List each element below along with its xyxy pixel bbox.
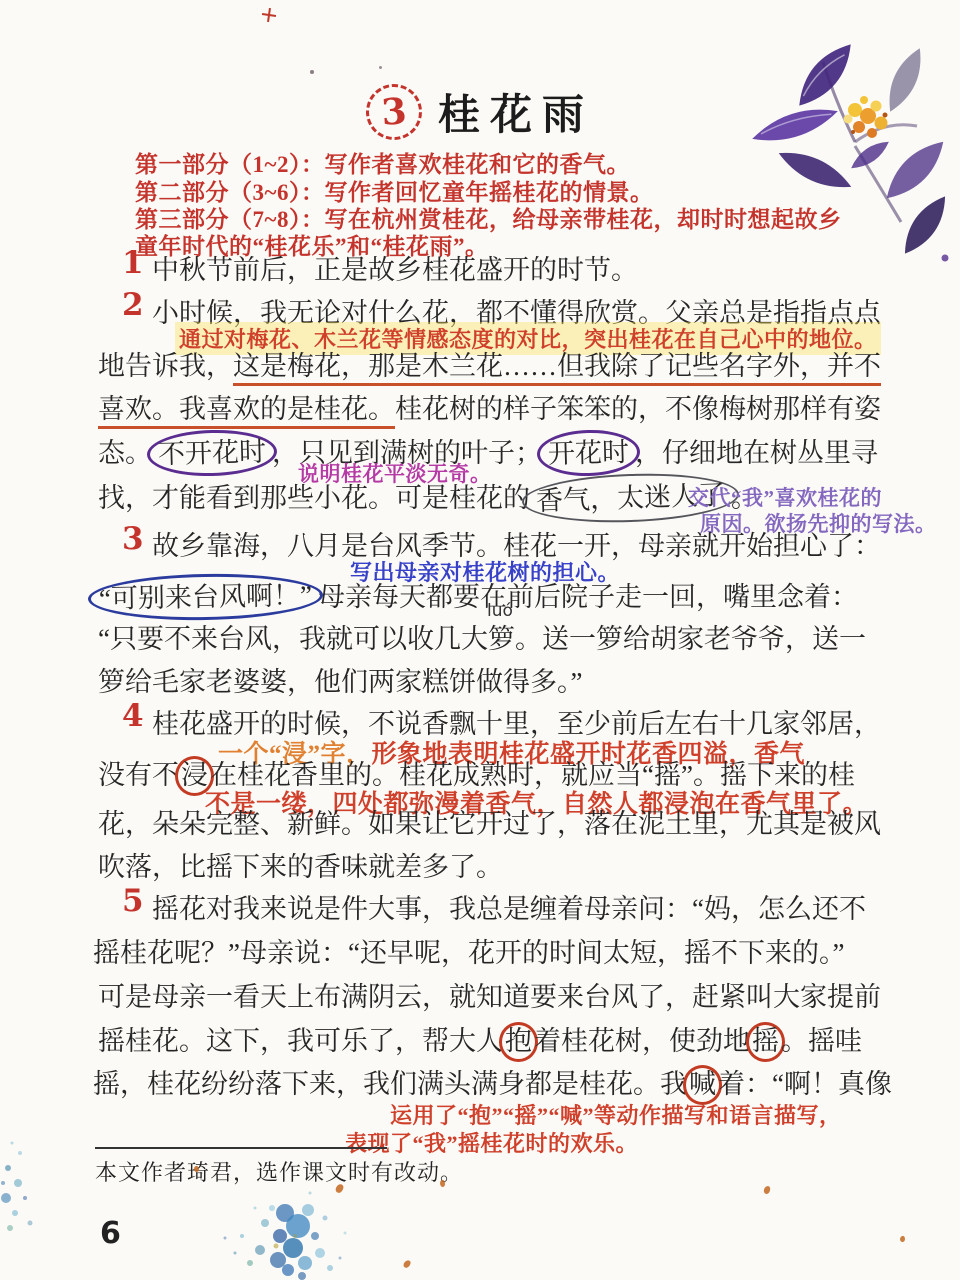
circled-word: 开花时	[536, 429, 640, 478]
text-line: 花，朵朵完整、新鲜。如果让它开过了，落在泥土里，尤其是被风	[98, 806, 881, 842]
paragraph-3-number: 3	[122, 524, 144, 555]
text-segment: 着桂花树，使劲地	[534, 1026, 750, 1056]
textbook-page: 3 桂花雨 第一部分（1~2）：写作者喜欢桂花和它的香气。 第二部分（3~6）：…	[0, 0, 960, 1280]
ink-splash-left	[0, 1128, 55, 1243]
text-segment: 摇，桂花纷纷落下来，我们满头满身都是桂花。我	[93, 1069, 687, 1099]
text-line: 吹落，比摇下来的香味就差多了。	[98, 849, 503, 885]
text-segment: 。摇哇	[781, 1026, 862, 1056]
text-line: 中秋节前后，正是故乡桂花盛开的时节。	[152, 252, 638, 288]
text-line: “只要不来台风，我就可以收几大箩。送一箩给胡家老爷爷，送一	[98, 621, 866, 657]
circled-character: 抱	[499, 1022, 538, 1062]
ink-speck	[763, 1186, 770, 1195]
text-line: 地告诉我，这是梅花，那是木兰花……但我除了记些名字外，并不	[98, 348, 881, 384]
annotation-action-line-2: 表现了“我”摇桂花时的欢乐。	[345, 1127, 638, 1158]
paragraph-1-number: 1	[122, 248, 144, 279]
text-line: “可别来台风啊！”母亲每天都要在前后院子走一回，嘴里念着：	[93, 578, 858, 616]
red-plus-mark	[262, 8, 276, 22]
paragraph-4-number: 4	[122, 701, 144, 732]
paragraph-5-number: 5	[122, 886, 144, 917]
ink-speck	[402, 1259, 411, 1269]
text-segment: 没有不	[98, 760, 179, 790]
speck-dot	[310, 70, 314, 74]
text-line: 摇桂花呢？”母亲说：“还早呢，花开的时间太短，摇不下来的。”	[93, 935, 844, 971]
text-segment: 找，才能看到那些小花。可是桂花的	[98, 483, 530, 513]
circled-word: 不开花时	[146, 428, 277, 477]
lesson-title-row: 3 桂花雨	[0, 82, 960, 142]
lesson-number-badge: 3	[364, 82, 424, 142]
text-segment: 态。	[98, 438, 152, 468]
annotation-action-line-1: 运用了“抱”“摇”“喊”等动作描写和语言描写，	[390, 1099, 842, 1130]
ink-speck	[900, 1236, 906, 1243]
text-line: 喜欢。我喜欢的是桂花。桂花树的样子笨笨的，不像梅树那样有姿	[98, 391, 881, 427]
underlined-text: 这是梅花，那是木兰花……但我除了记些名字外，并不	[233, 351, 881, 386]
text-line: 摇花对我来说是件大事，我总是缠着母亲问：“妈，怎么还不	[152, 891, 866, 927]
speck-dot	[379, 66, 382, 69]
circled-character: 摇	[746, 1022, 785, 1062]
text-segment: 桂花树的样子笨笨的，不像梅树那样有姿	[395, 394, 881, 424]
pinyin-luo: luó	[487, 601, 513, 621]
circled-phrase: “可别来台风啊！”	[88, 572, 324, 622]
text-segment: 地告诉我，	[98, 351, 233, 381]
footnote-rule	[95, 1147, 387, 1149]
text-line: 可是母亲一看天上布满阴云，就知道要来台风了，赶紧叫大家提前	[98, 979, 881, 1015]
page-number: 6	[100, 1216, 121, 1251]
text-segment: ，仔细地在树丛里寻	[635, 438, 878, 468]
underlined-text: 喜欢。我喜欢的是桂花。	[98, 394, 395, 429]
text-line: 摇，桂花纷纷落下来，我们满头满身都是桂花。我喊着：“啊！真像	[93, 1066, 892, 1102]
paragraph-2-number: 2	[122, 290, 144, 321]
text-line: 找，才能看到那些小花。可是桂花的香气，太迷人了。	[98, 480, 758, 516]
text-segment: 摇桂花。这下，我可乐了，帮大人	[98, 1026, 503, 1056]
text-line: 摇桂花。这下，我可乐了，帮大人抱着桂花树，使劲地摇。摇哇	[98, 1023, 862, 1059]
text-segment: 着：“啊！真像	[718, 1069, 892, 1099]
page-title: 桂花雨	[438, 82, 594, 142]
text-segment: 母亲每天都要在前后院子走一回，嘴里念着：	[318, 582, 858, 612]
text-line: 箩给毛家老婆婆，他们两家糕饼做得多。”	[98, 664, 582, 700]
ink-splash-main	[190, 1158, 390, 1280]
